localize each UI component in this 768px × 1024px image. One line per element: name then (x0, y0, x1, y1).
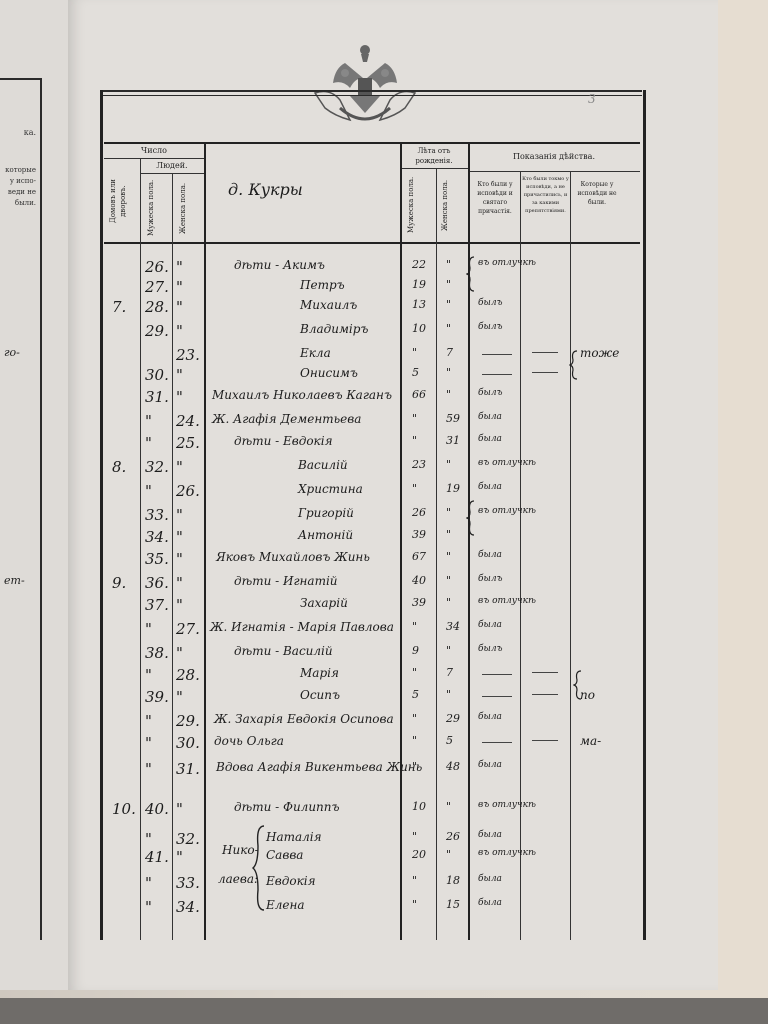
confessed-status: была (478, 434, 502, 444)
age-female: " (446, 506, 451, 519)
age-male: 39 (412, 528, 426, 541)
age-female: 18 (446, 874, 460, 887)
female-number: 34. (176, 898, 200, 916)
dash-mark (482, 674, 512, 675)
age-female: " (446, 366, 451, 379)
age-female: " (446, 388, 451, 401)
age-female: 31 (446, 434, 460, 447)
header-bottom-line (104, 242, 640, 244)
male-number: 39. (145, 688, 169, 706)
female-number: 28. (176, 666, 200, 684)
confessed-status: былъ (478, 322, 503, 332)
age-female: 7 (446, 666, 453, 679)
header-chislo: Число (104, 146, 204, 156)
age-male: 67 (412, 550, 426, 563)
header-line (468, 171, 640, 172)
male-number: 31. (145, 388, 169, 406)
age-male: " (412, 482, 417, 495)
age-female: " (446, 574, 451, 587)
age-female: " (446, 528, 451, 541)
header-male: Мужеска пола. (146, 178, 166, 238)
age-female: 29 (446, 712, 460, 725)
person-name: Ж. Захарія Евдокія Осипова (214, 712, 394, 726)
male-number: " (145, 482, 152, 500)
confessed-status: былъ (478, 388, 503, 398)
age-male: " (412, 712, 417, 725)
age-female: 15 (446, 898, 460, 911)
column-divider (520, 171, 521, 940)
age-male: 40 (412, 574, 426, 587)
confessed-status: въ отлучкѣ (478, 506, 536, 516)
person-name: дѣти - Василій (234, 644, 333, 658)
confessed-status: была (478, 550, 502, 560)
header-line (104, 158, 204, 159)
person-name: Яковъ Михайловъ Жинь (216, 550, 370, 564)
dash-mark (482, 696, 512, 697)
age-male: 39 (412, 596, 426, 609)
dash-mark (532, 372, 558, 373)
person-name: Христина (298, 482, 363, 496)
column-divider (204, 142, 206, 940)
confessed-status: въ отлучкѣ (478, 800, 536, 810)
female-number: " (176, 366, 183, 384)
female-number: " (176, 596, 183, 614)
age-female: 34 (446, 620, 460, 633)
brace-icon (569, 350, 579, 380)
household-number: 10. (112, 800, 136, 818)
brace-icon (573, 670, 583, 700)
female-number: " (176, 574, 183, 592)
dash-mark (532, 352, 558, 353)
person-name: Вдова Агафія Викентьева Жинь (216, 760, 422, 774)
column-divider (172, 173, 173, 940)
age-female: " (446, 848, 451, 861)
female-number: " (176, 458, 183, 476)
age-male: 5 (412, 366, 419, 379)
female-number: " (176, 322, 183, 340)
age-male: 23 (412, 458, 426, 471)
age-female: 26 (446, 830, 460, 843)
confessed-status: была (478, 620, 502, 630)
female-number: " (176, 848, 183, 866)
column-divider (570, 171, 571, 940)
household-number: 8. (112, 458, 126, 476)
person-name: Григорій (298, 506, 354, 520)
person-name: Ж. Агафія Дементьева (212, 412, 361, 426)
female-number: " (176, 644, 183, 662)
female-number: " (176, 528, 183, 546)
header-people: Людей. (140, 161, 204, 171)
male-number: " (145, 712, 152, 730)
village-heading: д. Кукры (228, 180, 303, 199)
male-number: 30. (145, 366, 169, 384)
header-confessed: Кто были у исповѣди и святаго причастія. (470, 180, 520, 216)
male-number: 27. (145, 278, 169, 296)
age-male: " (412, 346, 417, 359)
left-margin-mark: го- (4, 346, 20, 359)
age-female: " (446, 596, 451, 609)
age-male: 20 (412, 848, 426, 861)
age-male: " (412, 760, 417, 773)
header-actions: Показанія дѣйства. (468, 152, 640, 162)
male-number: 26. (145, 258, 169, 276)
person-name: Владиміръ (300, 322, 368, 336)
age-female: " (446, 298, 451, 311)
age-male: " (412, 434, 417, 447)
male-number: " (145, 874, 152, 892)
male-number: " (145, 412, 152, 430)
age-male: 66 (412, 388, 426, 401)
left-page: ка. которые у испо- веди не были. го- ет… (0, 0, 69, 990)
female-number: 24. (176, 412, 200, 430)
header-not-confessed: Которые у исповѣди не были. (572, 180, 622, 207)
female-number: 26. (176, 482, 200, 500)
person-name: Антоній (298, 528, 353, 542)
brace-icon (466, 500, 476, 536)
female-number: 32. (176, 830, 200, 848)
male-number: " (145, 898, 152, 916)
header-confessed-only: Кто были токмо у исповѣди, а не причасти… (521, 175, 570, 215)
male-number: " (145, 734, 152, 752)
household-number: 7. (112, 298, 126, 316)
person-name: дѣти - Евдокія (234, 434, 333, 448)
male-number: 32. (145, 458, 169, 476)
header-top-line (104, 142, 640, 144)
male-number: 41. (145, 848, 169, 866)
male-number: 29. (145, 322, 169, 340)
header-age: Лѣта отъ рожденія. (400, 146, 468, 166)
age-female: " (446, 258, 451, 271)
dash-mark (532, 740, 558, 741)
dash-mark (532, 694, 558, 695)
age-female: " (446, 550, 451, 563)
female-number: 23. (176, 346, 200, 364)
confessed-status: была (478, 898, 502, 908)
person-name: Марія (300, 666, 339, 680)
header-line (400, 168, 468, 169)
person-name: Екла (300, 346, 331, 360)
confessed-status: была (478, 482, 502, 492)
not-confessed-note: тоже (580, 346, 619, 360)
female-number: 30. (176, 734, 200, 752)
person-name: Савва (266, 848, 303, 862)
header-households: Домовъ или дворовъ. (108, 164, 136, 238)
age-female: " (446, 688, 451, 701)
person-name: Петръ (300, 278, 345, 292)
male-number: 33. (145, 506, 169, 524)
age-female: " (446, 458, 451, 471)
confessed-status: была (478, 874, 502, 884)
age-male: " (412, 666, 417, 679)
confessed-status: въ отлучкѣ (478, 848, 536, 858)
person-name: Онисимъ (300, 366, 358, 380)
female-number: " (176, 800, 183, 818)
age-male: 26 (412, 506, 426, 519)
dash-mark (482, 742, 512, 743)
household-number: 9. (112, 574, 126, 592)
confessed-status: въ отлучкѣ (478, 258, 536, 268)
age-male: " (412, 620, 417, 633)
age-male: 10 (412, 322, 426, 335)
female-number: 33. (176, 874, 200, 892)
age-male: 22 (412, 258, 426, 271)
age-female: 59 (446, 412, 460, 425)
age-female: 5 (446, 734, 453, 747)
header-age-female: Женска пола. (440, 172, 464, 238)
male-number: 38. (145, 644, 169, 662)
floor-strip (0, 998, 768, 1024)
male-number: 36. (145, 574, 169, 592)
age-male: " (412, 412, 417, 425)
confessed-status: была (478, 412, 502, 422)
confessed-status: была (478, 712, 502, 722)
male-number: 28. (145, 298, 169, 316)
male-number: " (145, 830, 152, 848)
age-male: " (412, 830, 417, 843)
brace-icon (466, 256, 476, 292)
age-female: " (446, 278, 451, 291)
person-name: Захарій (300, 596, 348, 610)
brace-icon (252, 824, 266, 912)
male-number: " (145, 434, 152, 452)
header-female: Женска пола. (178, 178, 198, 238)
female-number: " (176, 388, 183, 406)
confessed-status: былъ (478, 644, 503, 654)
header-age-male: Мужеска пола. (406, 172, 430, 238)
age-male: " (412, 898, 417, 911)
person-name: дочь Ольга (214, 734, 284, 748)
age-male: 10 (412, 800, 426, 813)
age-male: 5 (412, 688, 419, 701)
age-female: 48 (446, 760, 460, 773)
person-name: дѣти - Игнатій (234, 574, 338, 588)
left-page-column-fragment: которые у испо- веди не были. (0, 165, 36, 209)
confessed-status: въ отлучкѣ (478, 596, 536, 606)
person-name: Василій (298, 458, 348, 472)
age-female: " (446, 800, 451, 813)
age-female: " (446, 322, 451, 335)
female-number: 31. (176, 760, 200, 778)
female-number: 27. (176, 620, 200, 638)
dash-mark (482, 374, 512, 375)
confessed-status: была (478, 760, 502, 770)
dash-mark (532, 672, 558, 673)
confessed-status: въ отлучкѣ (478, 458, 536, 468)
female-number: " (176, 278, 183, 296)
dash-mark (482, 354, 512, 355)
female-number: " (176, 258, 183, 276)
male-number: 40. (145, 800, 169, 818)
age-male: 19 (412, 278, 426, 291)
person-name: Наталія (266, 830, 322, 844)
person-name: Ж. Игнатія - Марія Павлова (210, 620, 394, 634)
confessed-status: былъ (478, 574, 503, 584)
column-divider (140, 158, 141, 940)
person-name: Евдокія (266, 874, 316, 888)
age-female: 7 (446, 346, 453, 359)
male-number: " (145, 666, 152, 684)
age-male: " (412, 874, 417, 887)
age-male: 9 (412, 644, 419, 657)
left-page-header-fragment: ка. (0, 128, 36, 137)
male-number: 34. (145, 528, 169, 546)
left-margin-mark: ет- (4, 574, 25, 587)
age-female: 19 (446, 482, 460, 495)
person-name: Михаилъ (300, 298, 357, 312)
male-number: 37. (145, 596, 169, 614)
female-number: 25. (176, 434, 200, 452)
male-number: " (145, 620, 152, 638)
person-name: Михаилъ Николаевъ Каганъ (212, 388, 392, 402)
female-number: " (176, 688, 183, 706)
age-male: " (412, 734, 417, 747)
male-number: 35. (145, 550, 169, 568)
age-male: 13 (412, 298, 426, 311)
person-name: дѣти - Акимъ (234, 258, 325, 272)
person-name: дѣти - Филиппъ (234, 800, 340, 814)
female-number: 29. (176, 712, 200, 730)
female-number: " (176, 506, 183, 524)
person-name: Елена (266, 898, 305, 912)
not-confessed-note: ма- (580, 734, 601, 748)
column-divider (436, 168, 437, 940)
male-number: " (145, 760, 152, 778)
age-female: " (446, 644, 451, 657)
female-number: " (176, 298, 183, 316)
confessed-status: была (478, 830, 502, 840)
confessed-status: былъ (478, 298, 503, 308)
female-number: " (176, 550, 183, 568)
column-divider (400, 142, 402, 940)
person-name: Осипъ (300, 688, 340, 702)
